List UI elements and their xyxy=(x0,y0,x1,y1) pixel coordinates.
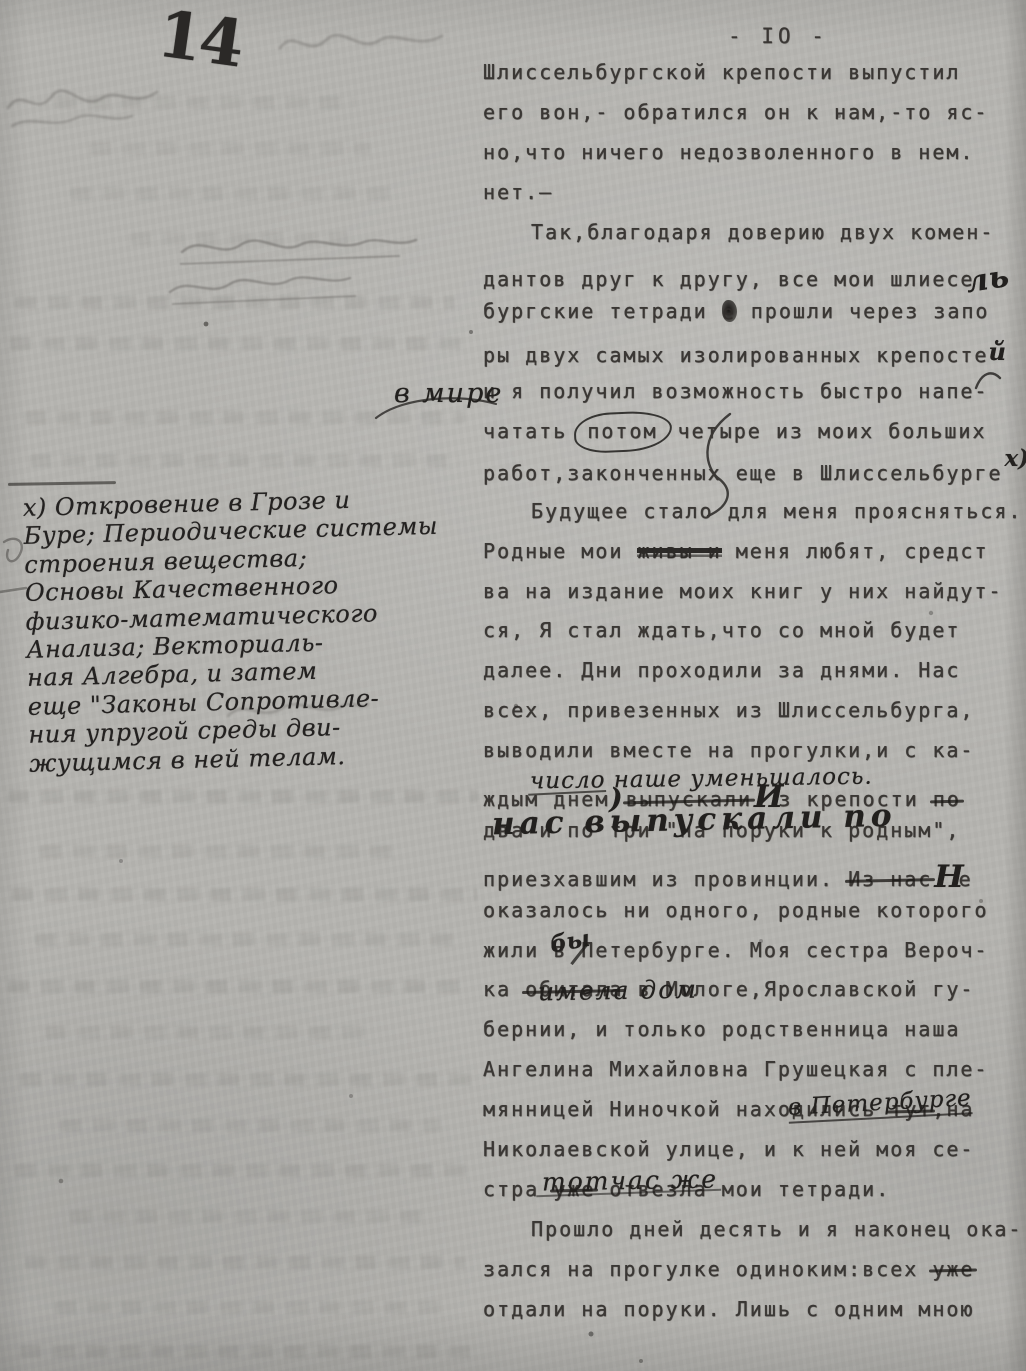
typed-text: Прошло дней десять и я наконец ока- xyxy=(531,1217,1022,1241)
typed-text: ка xyxy=(483,977,525,1001)
typed-line: Шлиссельбургской крепости выпустил xyxy=(483,60,1026,100)
typed-line: Так,благодаря доверию двух комен- xyxy=(483,220,1026,260)
bleedthrough-line xyxy=(20,1073,472,1086)
typed-line: дантов друг к другу, все мои шлиесель xyxy=(483,259,1026,299)
handwritten-correction-chislo: число наше уменьшалось. xyxy=(530,764,873,795)
typed-line: бернии, и только родственница наша xyxy=(483,1017,1026,1057)
typed-text: Так,благодаря доверию двух комен- xyxy=(531,220,994,244)
handwritten-correction: Н xyxy=(934,859,964,895)
typed-text: Николаевской улице, и к ней моя се- xyxy=(483,1137,974,1161)
typed-text: всех, привезенных из Шлиссельбурга, xyxy=(483,698,974,722)
handwritten-correction: ль xyxy=(964,259,1013,300)
typed-text: прошли через запо xyxy=(737,299,990,323)
page-number: - IO - xyxy=(728,24,828,48)
typed-line: и я получил возможность быстро напе- xyxy=(483,379,1026,419)
typed-text: работ,законченных еще в Шлиссельбурге xyxy=(483,461,1003,485)
margin-footnote: х) Откровение в Грозе иБуре; Периодическ… xyxy=(23,482,508,778)
typed-text: ры двух самых изолированных крепосте xyxy=(483,343,988,367)
typed-text: его вон,- обратился он к нам,-то яс- xyxy=(483,100,988,124)
typed-text: четыре из моих больших xyxy=(664,419,987,443)
bleedthrough-line xyxy=(70,1210,430,1223)
typed-line: Будущее стало для меня проясняться. xyxy=(483,499,1026,539)
bleedthrough-line xyxy=(30,454,460,467)
typed-line: работ,законченных еще в Шлиссельбургех) xyxy=(483,459,1026,499)
bleedthrough-line xyxy=(70,187,400,200)
bleedthrough-line xyxy=(90,142,370,155)
typed-text: бернии, и только родственница наша xyxy=(483,1017,960,1041)
typed-text: бургские тетради xyxy=(483,299,722,323)
typed-line: всех, привезенных из Шлиссельбурга, xyxy=(483,698,1026,738)
handwritten-correction-totchas: тотчас же xyxy=(542,1164,719,1196)
typed-text: Родные мои xyxy=(483,539,637,563)
ink-specks xyxy=(0,0,2,2)
typed-text: зался на прогулке одиноким:всех xyxy=(483,1257,932,1281)
handwritten-correction: х) xyxy=(1005,445,1026,472)
bleedthrough-line xyxy=(25,1256,465,1269)
bleedthrough-line xyxy=(130,232,350,245)
typed-text: далее. Дни проходили за днями. Нас xyxy=(483,658,960,682)
struck-text: по xyxy=(933,787,961,811)
struck-text: уже xyxy=(932,1257,974,1281)
typed-line: Прошло дней десять и я наконец ока- xyxy=(483,1217,1026,1257)
bleedthrough-line xyxy=(15,296,455,309)
struck-text: Из нас xyxy=(848,867,932,891)
bleedthrough-line xyxy=(12,888,477,901)
handwritten-correction: й xyxy=(988,337,1006,366)
typed-text: отдали на поруки. Лишь с одним мною xyxy=(483,1297,974,1321)
typed-text: приезхавшим из провинции. xyxy=(483,867,848,891)
typed-line: далее. Дни проходили за днями. Нас xyxy=(483,658,1026,698)
typed-line: ва на издание моих книг у них найдут- xyxy=(483,579,1026,619)
handwritten-insertion-v-mire: в мире xyxy=(394,378,503,409)
typed-text: чатать xyxy=(483,419,581,443)
typed-text: но,что ничего недозволенного в нем. xyxy=(483,140,974,164)
typed-text: дантов друг к другу, все мои шлиесе xyxy=(483,267,974,291)
typed-text: выводили вместе на прогулки,и с ка- xyxy=(483,738,974,762)
typed-text: нет.— xyxy=(483,180,553,204)
handwritten-correction: И xyxy=(754,779,784,815)
typed-line: но,что ничего недозволенного в нем. xyxy=(483,140,1026,180)
typed-text: ва на издание моих книг у них найдут- xyxy=(483,579,1003,603)
bleedthrough-line xyxy=(45,1026,375,1039)
typed-text: ся, Я стал ждать,что со мной будет xyxy=(483,618,960,642)
typed-line: его вон,- обратился он к нам,-то яс- xyxy=(483,100,1026,140)
bleedthrough-line xyxy=(40,845,400,858)
typed-text: Ангелина Михайловна Грушецкая с пле- xyxy=(483,1057,988,1081)
typed-line: отдали на поруки. Лишь с одним мною xyxy=(483,1297,1026,1337)
typed-line: приезхавшим из провинции. Из насНе xyxy=(483,858,1026,898)
bleedthrough-line xyxy=(8,790,478,803)
bleedthrough-line xyxy=(55,96,355,109)
typed-line: нет.— xyxy=(483,180,1026,220)
typed-text: и я получил возможность быстро напе- xyxy=(483,379,988,403)
typed-line: бургские тетради е прошли через запо xyxy=(483,299,1026,339)
footnote-separator-rule xyxy=(8,481,116,486)
scanned-typescript-page: 14 - IO - Шлиссельбургской крепости выпу… xyxy=(0,0,1026,1371)
ink-blot: е xyxy=(722,300,737,322)
bleedthrough-line xyxy=(55,1301,445,1314)
typed-line: ры двух самых изолированных крепостей xyxy=(483,339,1026,379)
bleedthrough-line xyxy=(60,1119,440,1132)
typed-text: меня любят, средст xyxy=(722,539,989,563)
typed-text-block: Шлиссельбургской крепости выпустилего во… xyxy=(483,60,1026,1337)
bleedthrough-scribble xyxy=(272,14,452,66)
typed-line: ся, Я стал ждать,что со мной будет xyxy=(483,618,1026,658)
typed-text: оказалось ни одного, родные которого xyxy=(483,898,988,922)
typed-line: Родные мои живы и меня любят, средст xyxy=(483,539,1026,579)
bleedthrough-line xyxy=(25,411,465,424)
handwritten-correction-imela-dom: имела дом xyxy=(538,975,699,1007)
typed-line: зался на прогулке одиноким:всех уже xyxy=(483,1257,1026,1297)
typed-text: Шлиссельбургской крепости выпустил xyxy=(483,60,960,84)
typed-line: чатать потом четыре из моих больших xyxy=(483,419,1026,459)
typed-text: Будущее стало для меня проясняться. xyxy=(531,499,1022,523)
bleedthrough-line xyxy=(15,1164,470,1177)
bleedthrough-line xyxy=(20,1345,470,1358)
corner-page-number: 14 xyxy=(153,0,246,82)
bleedthrough-line xyxy=(35,933,455,946)
bleedthrough-line xyxy=(10,337,465,350)
circled-word: потом xyxy=(581,419,663,443)
bleedthrough-line xyxy=(8,980,470,993)
struck-text: живы и xyxy=(637,539,721,563)
